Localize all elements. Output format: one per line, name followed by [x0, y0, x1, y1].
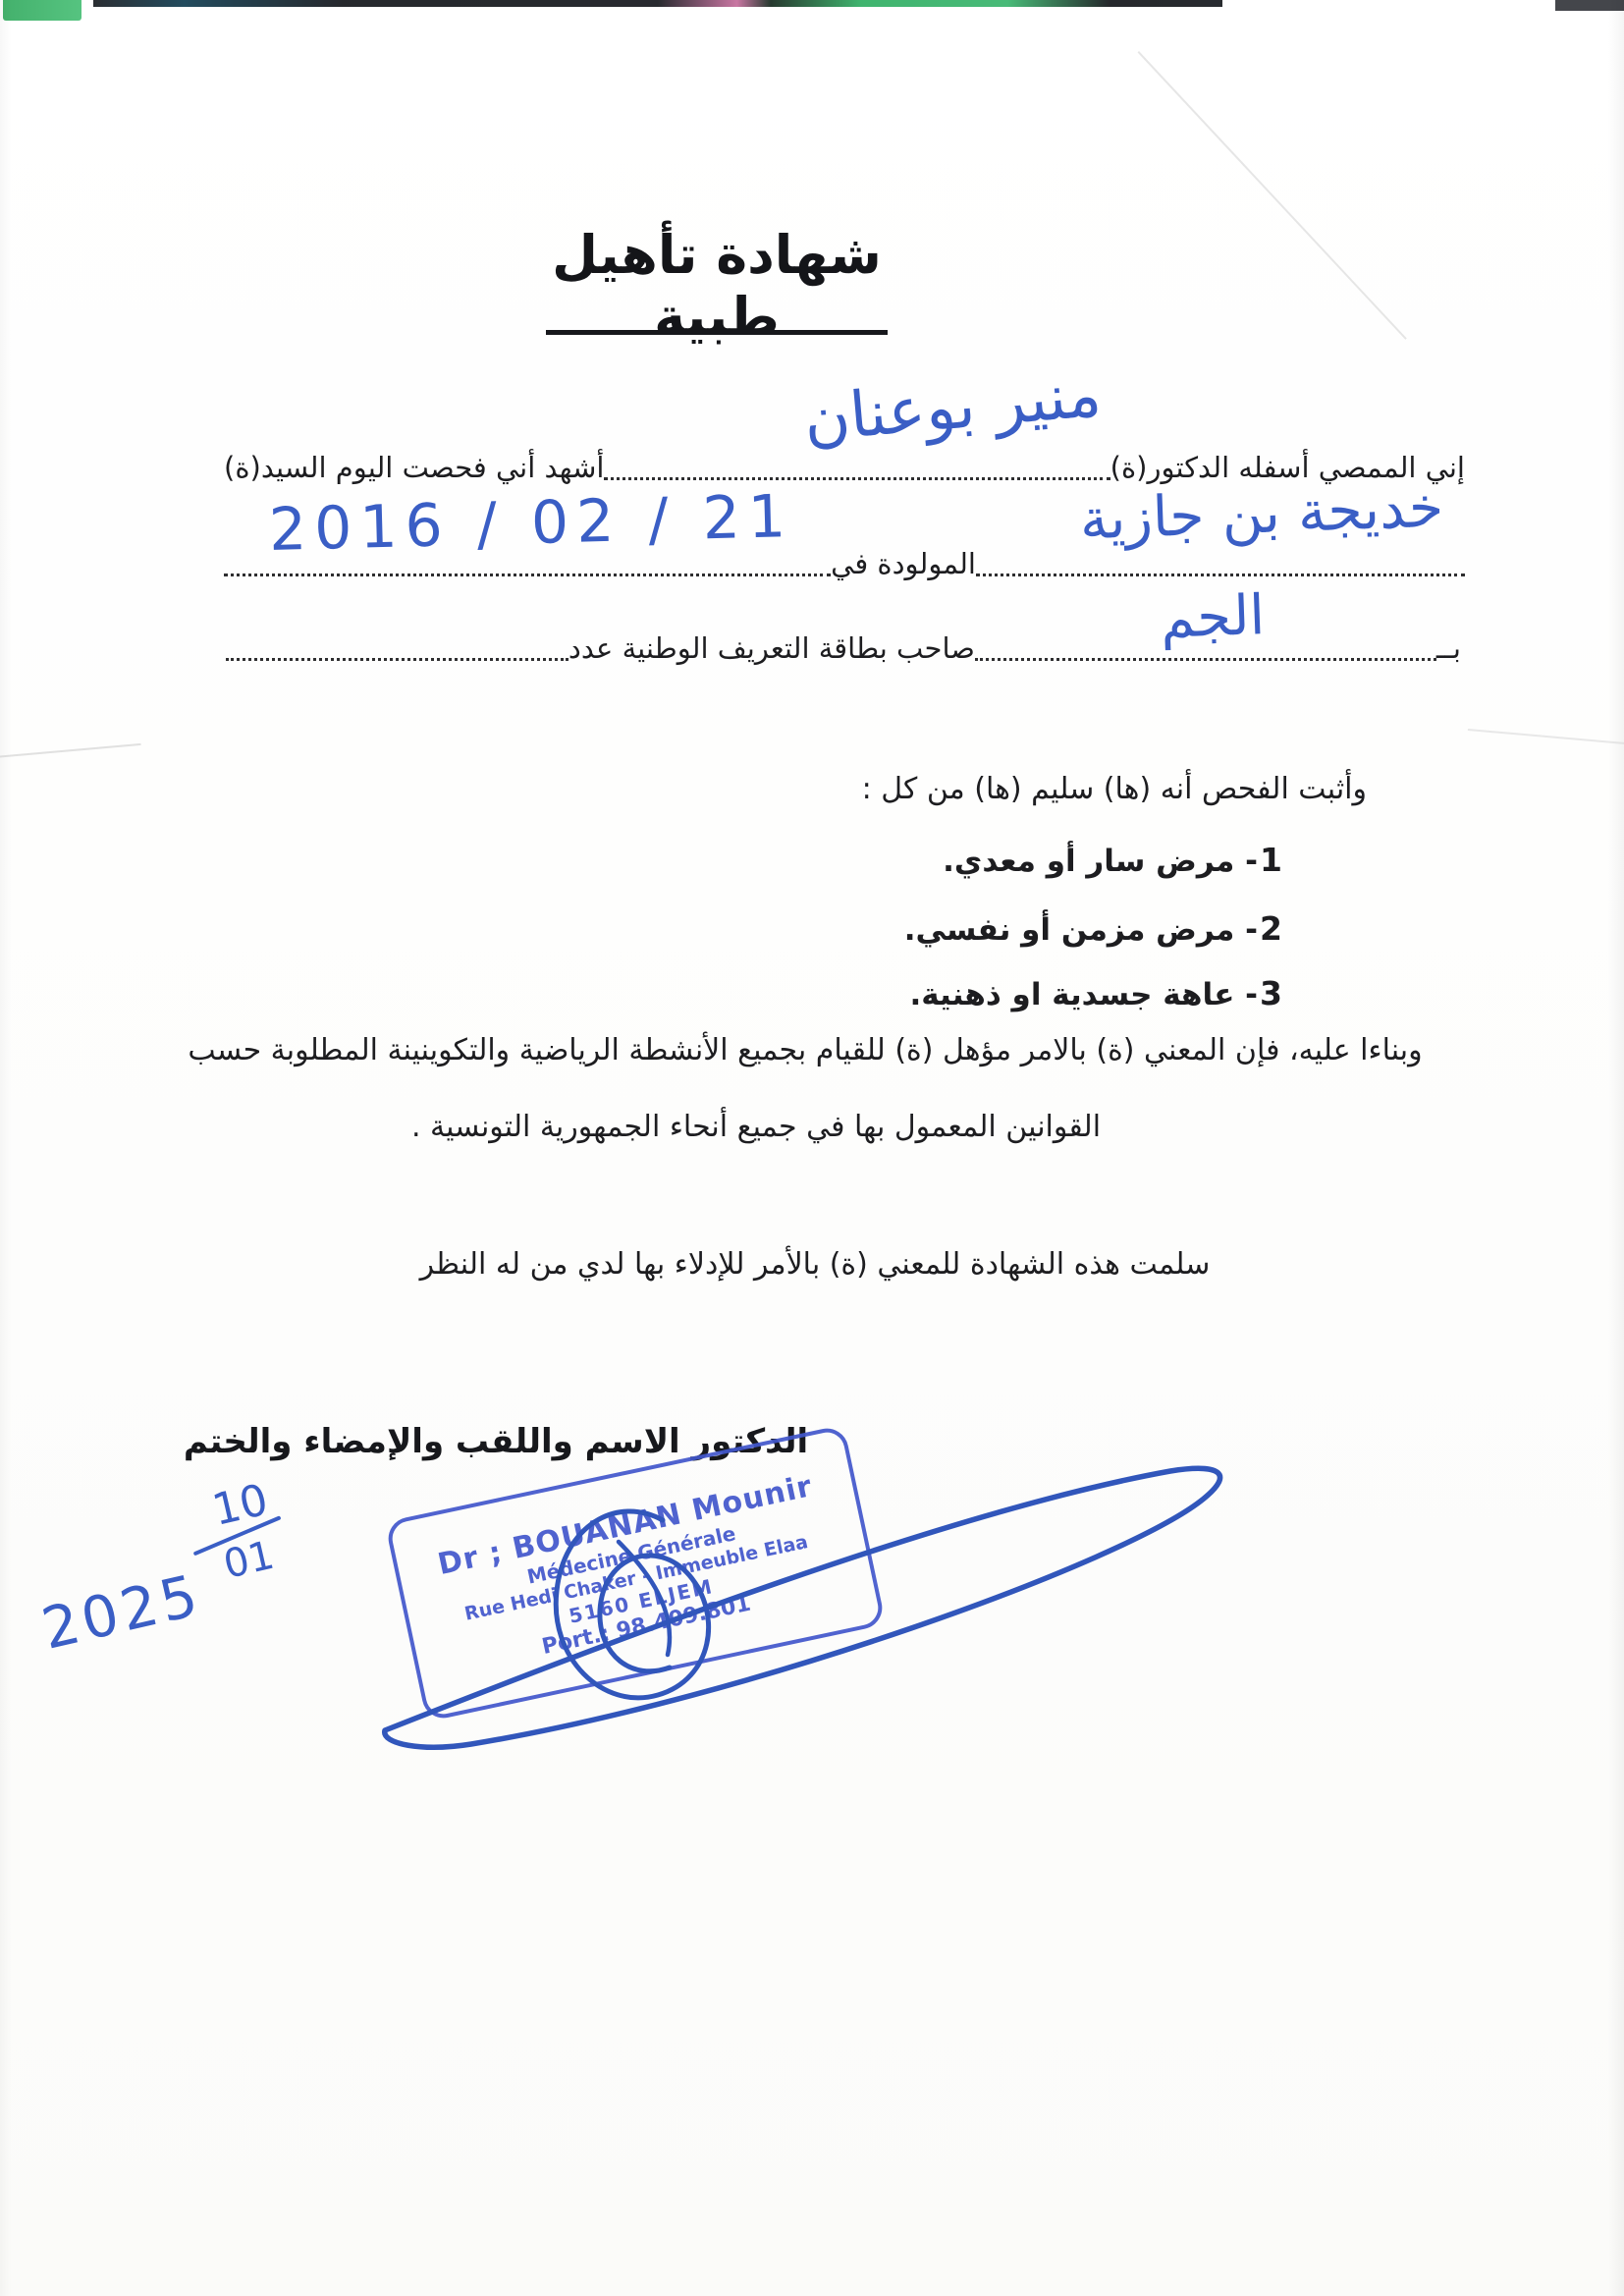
leader-dots	[976, 574, 1465, 576]
finding-number: 2	[1260, 909, 1282, 948]
conclusion-line-2: القوانين المعمول بها في جميع أنحاء الجمه…	[88, 1110, 1424, 1144]
finding-item: 2 - مرض مزمن أو نفسي.	[904, 909, 1282, 948]
issue-day: 01	[198, 1528, 300, 1593]
issue-month: 10	[192, 1471, 288, 1539]
leader-dots	[604, 477, 1110, 480]
paper-crease-right	[1468, 729, 1624, 744]
intro-before-doctor: إني الممصي أسفله الدكتور(ة)	[1110, 446, 1465, 489]
leader-dots	[224, 574, 831, 576]
scan-artifact-strip	[93, 0, 1222, 7]
issue-year: 2025	[35, 1561, 207, 1663]
title-underline	[546, 330, 888, 335]
leader-dots	[226, 658, 568, 661]
scanned-certificate-page: شهادة تأهيل طبية إني الممصي أسفله الدكتو…	[0, 0, 1624, 2296]
finding-text: - عاهة جسدية او ذهنية.	[909, 977, 1258, 1012]
finding-number: 1	[1260, 841, 1282, 879]
delivery-line: سلمت هذه الشهادة للمعني (ة) بالأمر للإدل…	[324, 1247, 1306, 1282]
at-label: بــ	[1436, 627, 1461, 670]
scan-artifact-corner-left	[3, 0, 81, 21]
paper-crease-top-right	[1138, 51, 1407, 340]
conclusion-line-1: وبناءا عليه، فإن المعني (ة) بالامر مؤهل …	[137, 1033, 1473, 1067]
page-edge-shading-left	[0, 0, 12, 2296]
handwritten-issue-date: 2025 10 01	[25, 1481, 350, 1710]
finding-item: 3 - عاهة جسدية او ذهنية.	[909, 974, 1282, 1012]
finding-item: 1 - مرض سار أو معدي.	[943, 841, 1282, 879]
signature-scribble-icon	[324, 1404, 1257, 1777]
paper-crease-left	[0, 743, 141, 758]
page-edge-shading-right	[1608, 0, 1624, 2296]
leader-dots	[975, 658, 1436, 661]
intro-line-1: إني الممصي أسفله الدكتور(ة) أشهد أني فحص…	[224, 444, 1465, 489]
intro-line-3: بــ صاحب بطاقة التعريف الوطنية عدد	[226, 625, 1461, 670]
born-label: المولودة في	[831, 542, 976, 585]
finding-text: - مرض سار أو معدي.	[943, 844, 1258, 879]
intro-after-doctor: أشهد أني فحصت اليوم السيد(ة)	[224, 446, 604, 489]
id-card-label: صاحب بطاقة التعريف الوطنية عدد	[568, 627, 975, 670]
finding-number: 3	[1260, 974, 1282, 1012]
finding-text: - مرض مزمن أو نفسي.	[904, 912, 1258, 948]
issue-day-month-fraction: 10 01	[172, 1471, 300, 1596]
findings-intro: وأثبت الفحص أنه (ها) سليم (ها) من كل :	[707, 772, 1367, 806]
